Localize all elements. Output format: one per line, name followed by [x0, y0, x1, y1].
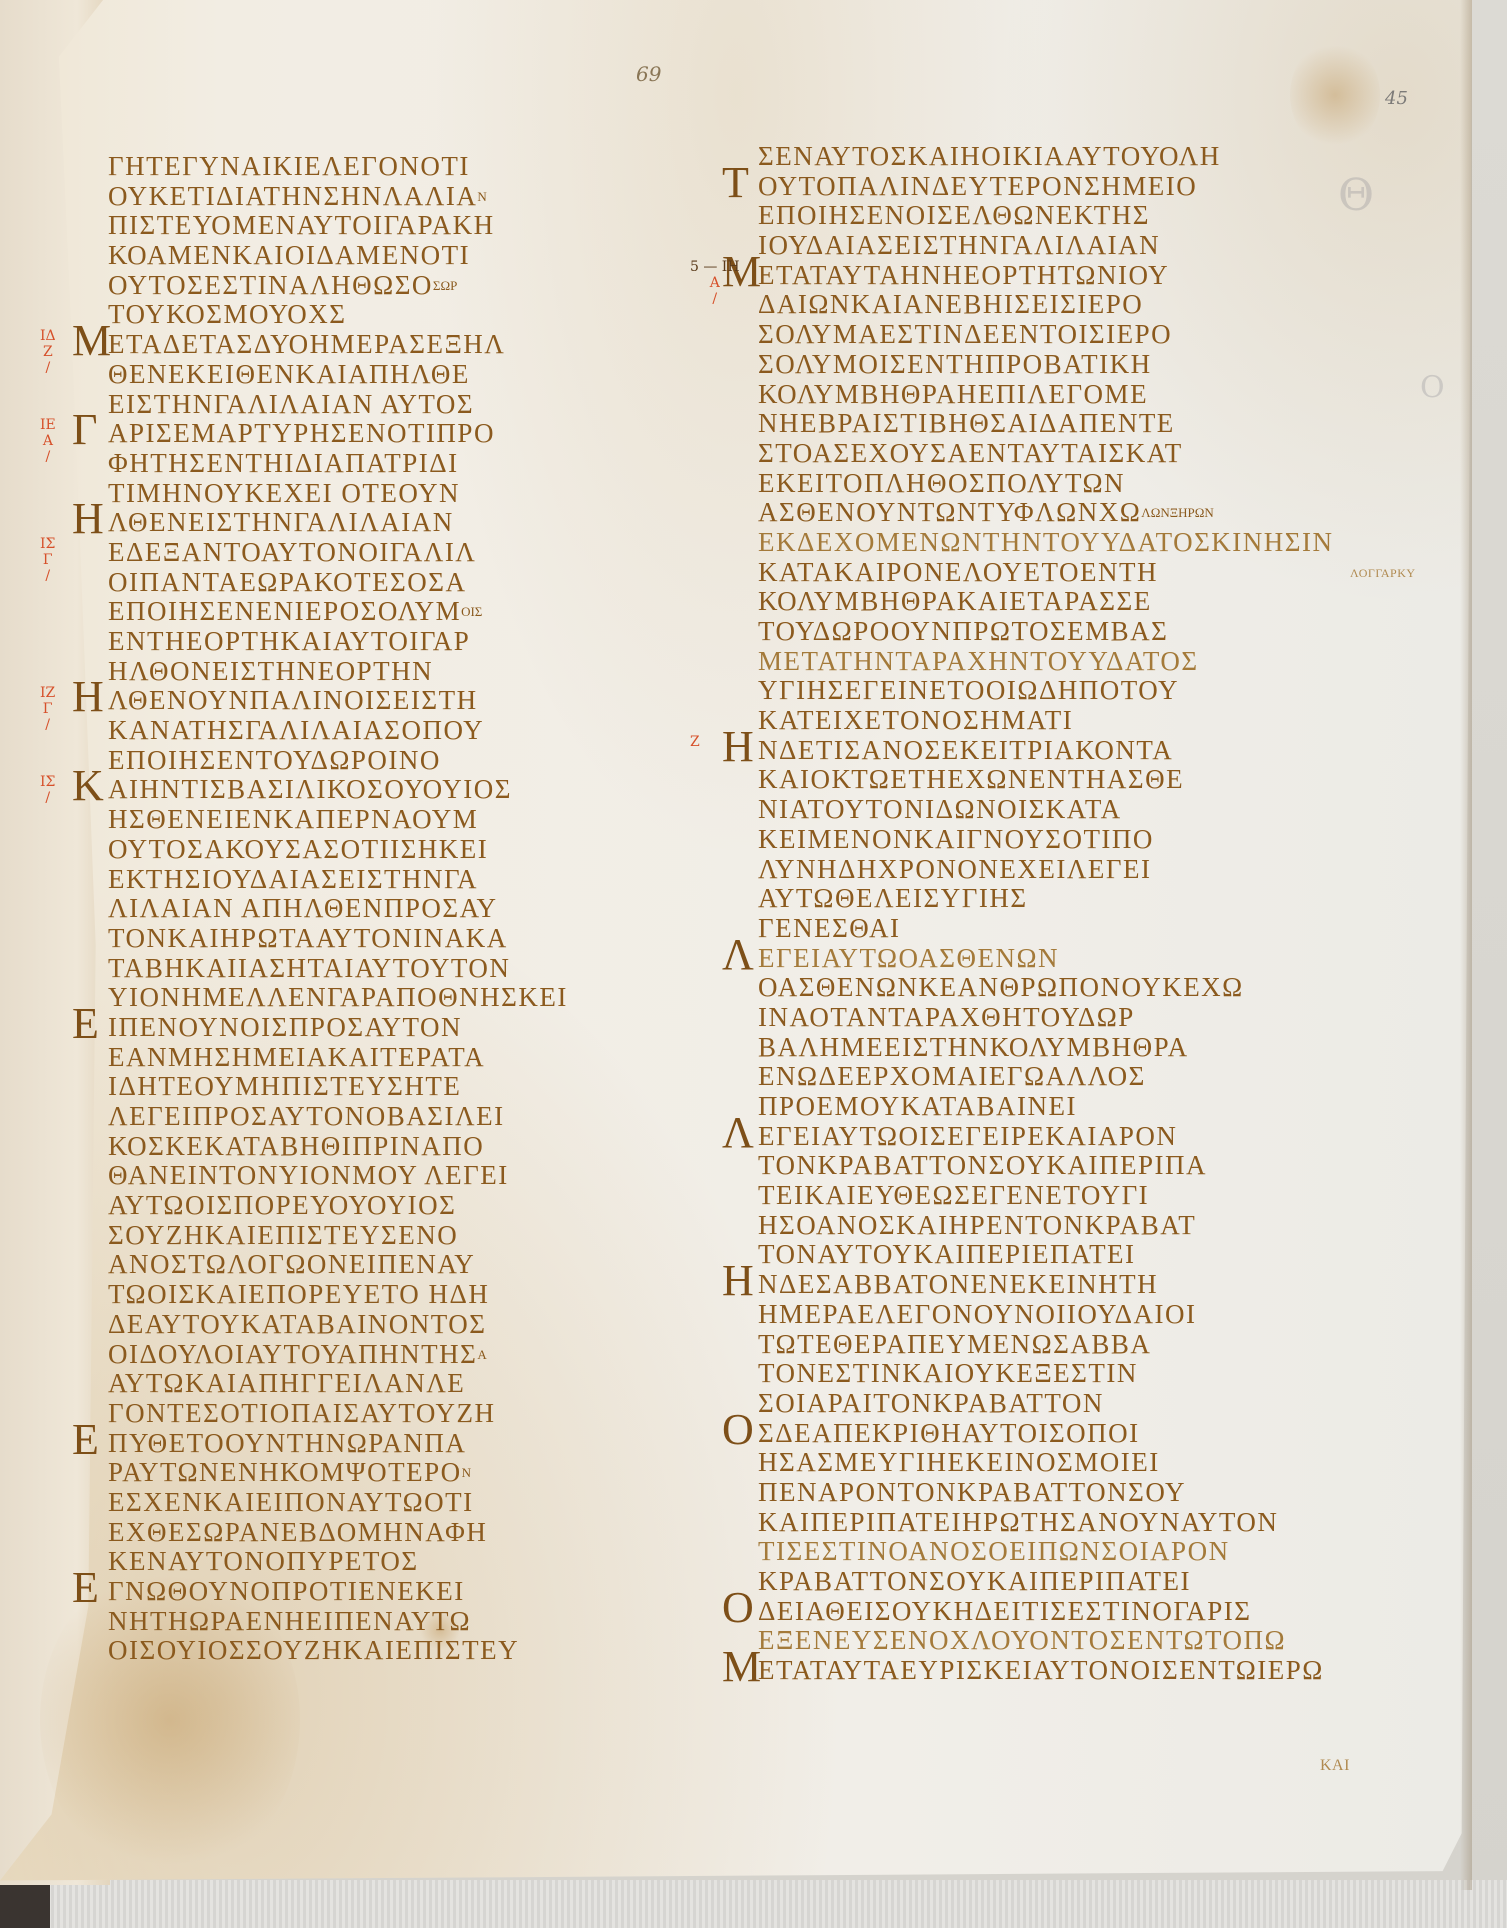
section-number-part: ΙΣ [40, 536, 55, 552]
section-number-part: ΙΔ [40, 328, 56, 344]
line-text: ΣΟΥΖΗΚΑΙΕΠΙΣΤΕΥΣΕΝΟ [108, 1220, 458, 1250]
text-line: ΟΙΣΟΥΙΟΣΣΟΥΖΗΚΑΙΕΠΙΣΤΕΥ [108, 1636, 648, 1666]
text-line: ΛΕΓΕΙΑΥΤΩΟΑΣΘΕΝΩΝ [758, 944, 1378, 974]
section-number: 5 — ΙΗΑ/ [690, 259, 740, 307]
text-line: ΒΑΛΗΜΕΕΙΣΤΗΝΚΟΛΥΜΒΗΘΡΑ [758, 1033, 1378, 1063]
line-text: ΘΕΝΕΚΕΙΘΕΝΚΑΙΑΠΗΛΘΕ [108, 359, 470, 389]
line-text: ΑΣΘΕΝΟΥΝΤΩΝΤΥΦΛΩΝΧΩ [758, 497, 1141, 527]
line-text: ΙΟΥΔΑΙΑΣΕΙΣΤΗΝΓΑΛΙΛΑΙΑΝ [758, 230, 1160, 260]
text-line: ΤΟΥΤΟΠΑΛΙΝΔΕΥΤΕΡΟΝΣΗΜΕΙΟ [758, 172, 1378, 202]
line-text: ΓΗΤΕΓΥΝΑΙΚΙΕΛΕΓΟΝΟΤΙ [108, 151, 470, 181]
text-line: ΕΠΥΘΕΤΟΟΥΝΤΗΝΩΡΑΝΠΑ [108, 1429, 648, 1459]
text-line: ΟΣΔΕΑΠΕΚΡΙΘΗΑΥΤΟΙΣΟΠΟΙ [758, 1419, 1378, 1449]
text-line: ΤΟΝΕΣΤΙΝΚΑΙΟΥΚΕΞΕΣΤΙΝ [758, 1359, 1378, 1389]
line-text: ΛΕΓΕΙΠΡΟΣΑΥΤΟΝΟΒΑΣΙΛΕΙ [108, 1101, 505, 1131]
text-line: ΜΕΤΑΔΕΤΑΣΔΥΟΗΜΕΡΑΣΕΞΗΛ [108, 330, 648, 360]
text-line: ΛΕΓΕΙΑΥΤΩΟΙΣΕΓΕΙΡΕΚΑΙΑΡΟΝ [758, 1122, 1378, 1152]
line-text: ΔΕΙΑΘΕΙΣΟΥΚΗΔΕΙΤΙΣΕΣΤΙΝΟΓΑΡΙΣ [758, 1596, 1251, 1626]
section-number: ΙΖΓ/ [40, 685, 55, 733]
section-number-part: Ζ [40, 344, 56, 360]
section-number-part: ΙΕ [40, 417, 56, 433]
line-text: ΤΟΥΚΟΣΜΟΥΟΧΣ [108, 299, 346, 329]
text-line: ΟΥΚΕΤΙΔΙΑΤΗΝΣΗΝΛΑΛΙΑν [108, 182, 648, 212]
line-text: ΚΟΑΜΕΝΚΑΙΟΙΔΑΜΕΝΟΤΙ [108, 240, 470, 270]
enlarged-initial: Ε [72, 1009, 100, 1039]
superscript-abbreviation: α [477, 1347, 486, 1362]
text-line: ΜΕΤΑΤΑΥΤΑΗΝΗΕΟΡΤΗΤΩΝΙΟΥ [758, 261, 1378, 291]
line-text: ΟΥΤΟΣΕΣΤΙΝΑΛΗΘΩΣΟ [108, 270, 433, 300]
line-text: ΤΑΒΗΚΑΙΙΑΣΗΤΑΙΑΥΤΟΥΤΟΝ [108, 953, 510, 983]
text-line: ΗΜΕΡΑΕΛΕΓΟΝΟΥΝΟΙΙΟΥΔΑΙΟΙ [758, 1300, 1378, 1330]
line-text: ΝΙΑΤΟΥΤΟΝΙΔΩΝΟΙΣΚΑΤΑ [758, 794, 1122, 824]
line-text: ΚΟΣΚΕΚΑΤΑΒΗΘΙΠΡΙΝΑΠΟ [108, 1131, 484, 1161]
line-text: ΕΤΑΤΑΥΤΑΗΝΗΕΟΡΤΗΤΩΝΙΟΥ [758, 260, 1169, 290]
line-text: ΗΜΕΡΑΕΛΕΓΟΝΟΥΝΟΙΙΟΥΔΑΙΟΙ [758, 1299, 1196, 1329]
line-text: ΑΡΙΣΕΜΑΡΤΥΡΗΣΕΝΟΤΙΠΡΟ [108, 418, 495, 448]
line-text: ΓΟΝΤΕΣΟΤΙΟΠΑΙΣΑΥΤΟΥΖΗ [108, 1398, 496, 1428]
folio-number-top: 69 [636, 62, 661, 86]
line-text: ΣΔΕΑΠΕΚΡΙΘΗΑΥΤΟΙΣΟΠΟΙ [758, 1418, 1140, 1448]
text-line: ΗΛΘΕΝΟΥΝΠΑΛΙΝΟΙΣΕΙΣΤΗ [108, 686, 648, 716]
text-line: ΚΕΙΜΕΝΟΝΚΑΙΓΝΟΥΣΟΤΙΠΟ [758, 825, 1378, 855]
text-line: ΓΕΝΕΣΘΑΙ [758, 914, 1378, 944]
text-line: ΛΥΝΗΔΗΧΡΟΝΟΝΕΧΕΙΛΕΓΕΙ [758, 855, 1378, 885]
line-text: ΣΟΙΑΡΑΙΤΟΝΚΡΑΒΑΤΤΟΝ [758, 1388, 1104, 1418]
enlarged-initial: Ε [72, 1425, 100, 1455]
section-number-part: Γ [40, 552, 55, 568]
text-line: ΝΗΕΒΡΑΙΣΤΙΒΗΘΣΑΙΔΑΠΕΝΤΕ [758, 409, 1378, 439]
line-text: ΟΥΤΟΠΑΛΙΝΔΕΥΤΕΡΟΝΣΗΜΕΙΟ [758, 171, 1197, 201]
line-text: ΑΝΟΣΤΩΛΟΓΩΟΝΕΙΠΕΝΑΥ [108, 1249, 475, 1279]
text-line: ΕΝΩΔΕΕΡΧΟΜΑΙΕΓΩΑΛΛΟΣ [758, 1062, 1378, 1092]
section-number: ΙΕΑ/ [40, 417, 56, 465]
line-text: ΝΗΤΗΩΡΑΕΝΗΕΙΠΕΝΑΥΤΩ [108, 1606, 471, 1636]
text-line: ΟΥΤΟΣΑΚΟΥΣΑΣΟΤΙΙΣΗΚΕΙ [108, 835, 648, 865]
line-text: ΤΟΥΔΩΡΟΟΥΝΠΡΩΤΟΣΕΜΒΑΣ [758, 616, 1168, 646]
section-number-part: / [690, 291, 740, 307]
text-line: ΚΟΛΥΜΒΗΘΡΑΗΕΠΙΛΕΓΟΜΕ [758, 380, 1378, 410]
stain [1290, 40, 1380, 150]
enlarged-initial: Τ [722, 168, 750, 198]
section-number-part: ΙΣ [40, 774, 55, 790]
text-line: ΔΑΙΩΝΚΑΙΑΝΕΒΗΙΣΕΙΣΙΕΡΟ [758, 290, 1378, 320]
text-line: ΣΟΥΖΗΚΑΙΕΠΙΣΤΕΥΣΕΝΟ [108, 1221, 648, 1251]
enlarged-initial: Μ [72, 326, 113, 356]
text-line: ΣΟΛΥΜΑΕΣΤΙΝΔΕΕΝΤΟΙΣΙΕΡΟ [758, 320, 1378, 350]
text-line: ΕΠΟΙΗΣΕΝΟΙΣΕΛΘΩΝΕΚΤΗΣ [758, 201, 1378, 231]
text-line: ΘΑΝΕΙΝΤΟΝΥΙΟΝΜΟΥ ΛΕΓΕΙ [108, 1161, 648, 1191]
line-text: ΕΣΧΕΝΚΑΙΕΙΠΟΝΑΥΤΩΟΤΙ [108, 1487, 474, 1517]
line-text: ΕΓΕΙΑΥΤΩΟΑΣΘΕΝΩΝ [758, 943, 1059, 973]
text-line: ΤΙΣΕΣΤΙΝΟΑΝΟΣΟΕΙΠΩΝΣΟΙΑΡΟΝ [758, 1537, 1378, 1567]
section-number: Ζ [690, 734, 700, 750]
dark-corner [0, 1885, 50, 1928]
line-text: ΕΠΟΙΗΣΕΝΤΟΥΔΩΡΟΙΝΟ [108, 745, 441, 775]
section-number-part: Α [40, 433, 56, 449]
text-line: ΚΑΙΠΕΡΙΠΑΤΕΙΗΡΩΤΗΣΑΝΟΥΝΑΥΤΟΝ [758, 1508, 1378, 1538]
text-line: ΗΛΘΕΝΕΙΣΤΗΝΓΑΛΙΛΑΙΑΝ [108, 508, 648, 538]
line-text: ΤΩΤΕΘΕΡΑΠΕΥΜΕΝΩΣΑΒΒΑ [758, 1329, 1151, 1359]
text-line: ΙΔΗΤΕΟΥΜΗΠΙΣΤΕΥΣΗΤΕ [108, 1072, 648, 1102]
line-text: ΜΕΤΑΤΗΝΤΑΡΑΧΗΝΤΟΥΥΔΑΤΟΣ [758, 646, 1199, 676]
line-text: ΕΚΕΙΤΟΠΛΗΘΟΣΠΟΛΥΤΩΝ [758, 468, 1125, 498]
line-text: ΑΥΤΩΚΑΙΑΠΗΓΓΕΙΛΑΝΛΕ [108, 1368, 465, 1398]
line-text: ΕΚΔΕΧΟΜΕΝΩΝΤΗΝΤΟΥΥΔΑΤΟΣΚΙΝΗΣΙΝ [758, 527, 1333, 557]
text-line: ΟΑΣΘΕΝΩΝΚΕΑΝΘΡΩΠΟΝΟΥΚΕΧΩ [758, 973, 1378, 1003]
line-text: ΠΙΣΤΕΥΟΜΕΝΑΥΤΟΙΓΑΡΑΚΗ [108, 210, 495, 240]
line-text: ΗΣΘΕΝΕΙΕΝΚΑΠΕΡΝΑΟΥΜ [108, 804, 478, 834]
enlarged-initial: Η [722, 732, 755, 762]
enlarged-initial: Κ [72, 771, 105, 801]
line-text: ΕΔΕΞΑΝΤΟΑΥΤΟΝΟΙΓΑΛΙΛ [108, 537, 476, 567]
section-number-part: / [40, 568, 55, 584]
enlarged-initial: Λ [722, 940, 755, 970]
text-line: ΑΣΘΕΝΟΥΝΤΩΝΤΥΦΛΩΝΧΩλωνξηρων [758, 498, 1378, 528]
line-text: ΓΝΩΘΟΥΝΟΠΡΟΤΙΕΝΕΚΕΙ [108, 1576, 465, 1606]
line-text: ΛΘΕΝΕΙΣΤΗΝΓΑΛΙΛΑΙΑΝ [108, 507, 454, 537]
enlarged-initial: Η [722, 1266, 755, 1296]
line-text: ΗΣΟΑΝΟΣΚΑΙΗΡΕΝΤΟΝΚΡΑΒΑΤ [758, 1210, 1196, 1240]
text-line: ΔΕΑΥΤΟΥΚΑΤΑΒΑΙΝΟΝΤΟΣ [108, 1310, 648, 1340]
text-line: ΕΧΘΕΣΩΡΑΝΕΒΔΟΜΗΝΑΦΗ [108, 1518, 648, 1548]
text-line: ΟΙΠΑΝΤΑΕΩΡΑΚΟΤΕΣΟΣΑ [108, 568, 648, 598]
line-text: ΕΝΤΗΕΟΡΤΗΚΑΙΑΥΤΟΙΓΑΡ [108, 626, 470, 656]
text-line: ΦΗΤΗΣΕΝΤΗΙΔΙΑΠΑΤΡΙΔΙ [108, 449, 648, 479]
line-text: ΤΟΝΕΣΤΙΝΚΑΙΟΥΚΕΞΕΣΤΙΝ [758, 1358, 1138, 1388]
text-line: ΚΑΤΕΙΧΕΤΟΝΟΣΗΜΑΤΙ [758, 706, 1378, 736]
line-text: ΕΑΝΜΗΣΗΜΕΙΑΚΑΙΤΕΡΑΤΑ [108, 1042, 485, 1072]
text-line: ΤΟΝΚΑΙΗΡΩΤΑΑΥΤΟΝΙΝΑΚΑ [108, 924, 648, 954]
text-line: ΥΓΙΗΣΕΓΕΙΝΕΤΟΟΙΩΔΗΠΟΤΟΥ [758, 676, 1378, 706]
enlarged-initial: Ο [722, 1415, 755, 1445]
text-line: ΓΑΡΙΣΕΜΑΡΤΥΡΗΣΕΝΟΤΙΠΡΟ [108, 419, 648, 449]
line-text: ΚΑΙΠΕΡΙΠΑΤΕΙΗΡΩΤΗΣΑΝΟΥΝΑΥΤΟΝ [758, 1507, 1278, 1537]
margin-note: ΛΟΓΓΑΡΚΥ [1350, 566, 1416, 581]
line-text: ΚΟΛΥΜΒΗΘΡΑΗΕΠΙΛΕΓΟΜΕ [758, 379, 1148, 409]
text-line: ΘΕΝΕΚΕΙΘΕΝΚΑΙΑΠΗΛΘΕ [108, 360, 648, 390]
enlarged-initial: Ε [72, 1573, 100, 1603]
text-line: ΤΕΙΚΑΙΕΥΘΕΩΣΕΓΕΝΕΤΟΥΓΙ [758, 1181, 1378, 1211]
right-text-column: ΣΕΝΑΥΤΟΣΚΑΙΗΟΙΚΙΑΑΥΤΟΥΟΛΗΤΟΥΤΟΠΑΛΙΝΔΕΥΤΕ… [758, 142, 1378, 1686]
text-line: ΗΛΘΟΝΕΙΣΤΗΝΕΟΡΤΗΝ [108, 657, 648, 687]
enlarged-initial: Λ [722, 1118, 755, 1148]
text-line: ΚΟΛΥΜΒΗΘΡΑΚΑΙΕΤΑΡΑΣΣΕ [758, 587, 1378, 617]
section-number: ΙΣ/ [40, 774, 55, 806]
line-text: ΤΟΝΚΡΑΒΑΤΤΟΝΣΟΥΚΑΙΠΕΡΙΠΑ [758, 1150, 1207, 1180]
text-line: ΕΓΝΩΘΟΥΝΟΠΡΟΤΙΕΝΕΚΕΙ [108, 1577, 648, 1607]
text-line: ΕΠΟΙΗΣΕΝΕΝΙΕΡΟΣΟΛΥΜοις [108, 597, 648, 627]
text-line: ΚΑΙΗΝΤΙΣΒΑΣΙΛΙΚΟΣΟΥΟΥΙΟΣ [108, 775, 648, 805]
section-number-part: 5 — ΙΗ [690, 259, 740, 275]
section-number-part: Γ [40, 701, 55, 717]
line-text: ΟΙΠΑΝΤΑΕΩΡΑΚΟΤΕΣΟΣΑ [108, 567, 467, 597]
text-line: ΗΣΘΕΝΕΙΕΝΚΑΠΕΡΝΑΟΥΜ [108, 805, 648, 835]
text-line: ΕΙΠΕΝΟΥΝΟΙΣΠΡΟΣΑΥΤΟΝ [108, 1013, 648, 1043]
line-text: ΚΡΑΒΑΤΤΟΝΣΟΥΚΑΙΠΕΡΙΠΑΤΕΙ [758, 1566, 1191, 1596]
superscript-abbreviation: λωνξηρων [1141, 505, 1214, 520]
text-line: ΕΔΕΞΑΝΤΟΑΥΤΟΝΟΙΓΑΛΙΛ [108, 538, 648, 568]
line-text: ΗΛΘΟΝΕΙΣΤΗΝΕΟΡΤΗΝ [108, 656, 433, 686]
line-text: ΕΝΩΔΕΕΡΧΟΜΑΙΕΓΩΑΛΛΟΣ [758, 1061, 1146, 1091]
line-text: ΚΕΝΑΥΤΟΝΟΠΥΡΕΤΟΣ [108, 1546, 419, 1576]
text-line: ΕΚΕΙΤΟΠΛΗΘΟΣΠΟΛΥΤΩΝ [758, 469, 1378, 499]
text-line: ΚΑΙΟΚΤΩΕΤΗΕΧΩΝΕΝΤΗΑΣΘΕ [758, 765, 1378, 795]
text-line: ΓΗΤΕΓΥΝΑΙΚΙΕΛΕΓΟΝΟΤΙ [108, 152, 648, 182]
line-text: ΠΕΝΑΡΟΝΤΟΝΚΡΑΒΑΤΤΟΝΣΟΥ [758, 1477, 1186, 1507]
line-text: ΑΙΗΝΤΙΣΒΑΣΙΛΙΚΟΣΟΥΟΥΙΟΣ [108, 774, 512, 804]
text-line: ΠΙΣΤΕΥΟΜΕΝΑΥΤΟΙΓΑΡΑΚΗ [108, 211, 648, 241]
text-line: ΤΟΥΚΟΣΜΟΥΟΧΣ [108, 300, 648, 330]
line-text: ΒΑΛΗΜΕΕΙΣΤΗΝΚΟΛΥΜΒΗΘΡΑ [758, 1032, 1189, 1062]
line-text: ΚΑΙΟΚΤΩΕΤΗΕΧΩΝΕΝΤΗΑΣΘΕ [758, 764, 1184, 794]
line-text: ΘΑΝΕΙΝΤΟΝΥΙΟΝΜΟΥ ΛΕΓΕΙ [108, 1160, 509, 1190]
line-text: ΤΟΝΑΥΤΟΥΚΑΙΠΕΡΙΕΠΑΤΕΙ [758, 1239, 1136, 1269]
section-number-part: / [40, 449, 56, 465]
line-text: ΕΚΤΗΣΙΟΥΔΑΙΑΣΕΙΣΤΗΝΓΑ [108, 864, 478, 894]
text-line: ΕΞΕΝΕΥΣΕΝΟΧΛΟΥΟΝΤΟΣΕΝΤΩΤΟΠΩ [758, 1626, 1378, 1656]
text-line: ΤΩΤΕΘΕΡΑΠΕΥΜΕΝΩΣΑΒΒΑ [758, 1330, 1378, 1360]
line-text: ΕΞΕΝΕΥΣΕΝΟΧΛΟΥΟΝΤΟΣΕΝΤΩΤΟΠΩ [758, 1625, 1286, 1655]
text-line: ΣΕΝΑΥΤΟΣΚΑΙΗΟΙΚΙΑΑΥΤΟΥΟΛΗ [758, 142, 1378, 172]
line-text: ΛΘΕΝΟΥΝΠΑΛΙΝΟΙΣΕΙΣΤΗ [108, 685, 478, 715]
line-text: ΥΙΟΝΗΜΕΛΛΕΝΓΑΡΑΠΟΘΝΗΣΚΕΙ [108, 982, 568, 1012]
text-line: ΚΑΝΑΤΗΣΓΑΛΙΛΑΙΑΣΟΠΟΥ [108, 716, 648, 746]
text-line: ΤΩΟΙΣΚΑΙΕΠΟΡΕΥΕΤΟ ΗΔΗ [108, 1280, 648, 1310]
line-text: ΕΠΟΙΗΣΕΝΕΝΙΕΡΟΣΟΛΥΜ [108, 596, 461, 626]
line-text: ΙΝΑΟΤΑΝΤΑΡΑΧΘΗΤΟΥΔΩΡ [758, 1002, 1135, 1032]
text-line: ΟΙΔΟΥΛΟΙΑΥΤΟΥΑΠΗΝΤΗΣα [108, 1340, 648, 1370]
line-text: ΕΤΑΤΑΥΤΑΕΥΡΙΣΚΕΙΑΥΤΟΝΟΙΣΕΝΤΩΙΕΡΩ [758, 1655, 1324, 1685]
text-line: ΤΙΜΗΝΟΥΚΕΧΕΙ ΟΤΕΟΥΝ [108, 479, 648, 509]
text-line: ΚΟΣΚΕΚΑΤΑΒΗΘΙΠΡΙΝΑΠΟ [108, 1132, 648, 1162]
text-line: ΚΟΑΜΕΝΚΑΙΟΙΔΑΜΕΝΟΤΙ [108, 241, 648, 271]
text-line: ΜΕΤΑΤΗΝΤΑΡΑΧΗΝΤΟΥΥΔΑΤΟΣ [758, 647, 1378, 677]
line-text: ΣΤΟΑΣΕΧΟΥΣΑΕΝΤΑΥΤΑΙΣΚΑΤ [758, 438, 1183, 468]
text-line: ΡΑΥΤΩΝΕΝΗΚΟΜΨΟΤΕΡΟν [108, 1458, 648, 1488]
enlarged-initial: Μ [722, 1652, 763, 1682]
line-text: ΣΟΛΥΜΟΙΣΕΝΤΗΠΡΟΒΑΤΙΚΗ [758, 349, 1152, 379]
text-line: ΕΙΣΤΗΝΓΑΛΙΛΑΙΑΝ ΑΥΤΟΣ [108, 390, 648, 420]
line-text: ΣΟΛΥΜΑΕΣΤΙΝΔΕΕΝΤΟΙΣΙΕΡΟ [758, 319, 1172, 349]
superscript-abbreviation: σωρ [433, 278, 457, 293]
line-text: ΟΥΚΕΤΙΔΙΑΤΗΝΣΗΝΛΑΛΙΑ [108, 181, 477, 211]
line-text: ΕΙΣΤΗΝΓΑΛΙΛΑΙΑΝ ΑΥΤΟΣ [108, 389, 474, 419]
text-line: ΚΡΑΒΑΤΤΟΝΣΟΥΚΑΙΠΕΡΙΠΑΤΕΙ [758, 1567, 1378, 1597]
text-line: ΝΙΑΤΟΥΤΟΝΙΔΩΝΟΙΣΚΑΤΑ [758, 795, 1378, 825]
text-line: ΙΝΑΟΤΑΝΤΑΡΑΧΘΗΤΟΥΔΩΡ [758, 1003, 1378, 1033]
line-text: ΙΔΗΤΕΟΥΜΗΠΙΣΤΕΥΣΗΤΕ [108, 1071, 461, 1101]
line-text: ΚΕΙΜΕΝΟΝΚΑΙΓΝΟΥΣΟΤΙΠΟ [758, 824, 1154, 854]
superscript-abbreviation: οις [461, 604, 482, 619]
text-line: ΛΕΓΕΙΠΡΟΣΑΥΤΟΝΟΒΑΣΙΛΕΙ [108, 1102, 648, 1132]
text-line: ΛΙΛΑΙΑΝ ΑΠΗΛΘΕΝΠΡΟΣΑΥ [108, 894, 648, 924]
line-text: ΤΟΝΚΑΙΗΡΩΤΑΑΥΤΟΝΙΝΑΚΑ [108, 923, 508, 953]
superscript-abbreviation: ν [462, 1465, 471, 1480]
text-line: ΗΣΟΑΝΟΣΚΑΙΗΡΕΝΤΟΝΚΡΑΒΑΤ [758, 1211, 1378, 1241]
text-line: ΟΥΤΟΣΕΣΤΙΝΑΛΗΘΩΣΟσωρ [108, 271, 648, 301]
enlarged-initial: Γ [72, 415, 99, 445]
text-line: ΗΣΑΣΜΕΥΓΙΗΕΚΕΙΝΟΣΜΟΙΕΙ [758, 1448, 1378, 1478]
section-number-part: / [40, 360, 56, 376]
section-number-part: Α [690, 275, 740, 291]
line-text: ΡΑΥΤΩΝΕΝΗΚΟΜΨΟΤΕΡΟ [108, 1457, 462, 1487]
line-text: ΦΗΤΗΣΕΝΤΗΙΔΙΑΠΑΤΡΙΔΙ [108, 448, 459, 478]
text-line: ΕΠΟΙΗΣΕΝΤΟΥΔΩΡΟΙΝΟ [108, 746, 648, 776]
line-text: ΛΙΛΑΙΑΝ ΑΠΗΛΘΕΝΠΡΟΣΑΥ [108, 893, 497, 923]
section-number: ΙΣΓ/ [40, 536, 55, 584]
line-text: ΚΑΤΑΚΑΙΡΟΝΕΛΟΥΕΤΟΕΝΤΗ [758, 557, 1158, 587]
line-text: ΝΔΕΣΑΒΒΑΤΟΝΕΝΕΚΕΙΝΗΤΗ [758, 1269, 1158, 1299]
text-line: ΑΝΟΣΤΩΛΟΓΩΟΝΕΙΠΕΝΑΥ [108, 1250, 648, 1280]
text-line: ΙΟΥΔΑΙΑΣΕΙΣΤΗΝΓΑΛΙΛΑΙΑΝ [758, 231, 1378, 261]
text-line: ΕΝΤΗΕΟΡΤΗΚΑΙΑΥΤΟΙΓΑΡ [108, 627, 648, 657]
text-line: ΚΕΝΑΥΤΟΝΟΠΥΡΕΤΟΣ [108, 1547, 648, 1577]
text-line: ΗΝΔΕΣΑΒΒΑΤΟΝΕΝΕΚΕΙΝΗΤΗ [758, 1270, 1378, 1300]
line-text: ΟΑΣΘΕΝΩΝΚΕΑΝΘΡΩΠΟΝΟΥΚΕΧΩ [758, 972, 1244, 1002]
text-line: ΑΥΤΩΘΕΛΕΙΣΥΓΙΗΣ [758, 884, 1378, 914]
text-line: ΣΟΛΥΜΟΙΣΕΝΤΗΠΡΟΒΑΤΙΚΗ [758, 350, 1378, 380]
text-line: ΤΟΥΔΩΡΟΟΥΝΠΡΩΤΟΣΕΜΒΑΣ [758, 617, 1378, 647]
text-line: ΝΗΤΗΩΡΑΕΝΗΕΙΠΕΝΑΥΤΩ [108, 1607, 648, 1637]
line-text: ΑΥΤΩΘΕΛΕΙΣΥΓΙΗΣ [758, 883, 1028, 913]
line-text: ΕΧΘΕΣΩΡΑΝΕΒΔΟΜΗΝΑΦΗ [108, 1517, 487, 1547]
text-line: ΣΤΟΑΣΕΧΟΥΣΑΕΝΤΑΥΤΑΙΣΚΑΤ [758, 439, 1378, 469]
enlarged-initial: Η [72, 682, 105, 712]
line-text: ΣΕΝΑΥΤΟΣΚΑΙΗΟΙΚΙΑΑΥΤΟΥΟΛΗ [758, 141, 1221, 171]
line-text: ΗΣΑΣΜΕΥΓΙΗΕΚΕΙΝΟΣΜΟΙΕΙ [758, 1447, 1160, 1477]
line-text: ΛΥΝΗΔΗΧΡΟΝΟΝΕΧΕΙΛΕΓΕΙ [758, 854, 1151, 884]
line-text: ΕΤΑΔΕΤΑΣΔΥΟΗΜΕΡΑΣΕΞΗΛ [108, 329, 505, 359]
line-text: ΤΙΣΕΣΤΙΝΟΑΝΟΣΟΕΙΠΩΝΣΟΙΑΡΟΝ [758, 1536, 1230, 1566]
section-number-part: Ζ [690, 734, 700, 750]
section-number-part: / [40, 717, 55, 733]
text-line: ΓΟΝΤΕΣΟΤΙΟΠΑΙΣΑΥΤΟΥΖΗ [108, 1399, 648, 1429]
text-line: ΤΟΝΚΡΑΒΑΤΤΟΝΣΟΥΚΑΙΠΕΡΙΠΑ [758, 1151, 1378, 1181]
line-text: ΥΓΙΗΣΕΓΕΙΝΕΤΟΟΙΩΔΗΠΟΤΟΥ [758, 675, 1179, 705]
line-text: ΤΙΜΗΝΟΥΚΕΧΕΙ ΟΤΕΟΥΝ [108, 478, 460, 508]
line-text: ΤΕΙΚΑΙΕΥΘΕΩΣΕΓΕΝΕΤΟΥΓΙ [758, 1180, 1149, 1210]
line-text: ΔΑΙΩΝΚΑΙΑΝΕΒΗΙΣΕΙΣΙΕΡΟ [758, 289, 1143, 319]
text-line: ΣΟΙΑΡΑΙΤΟΝΚΡΑΒΑΤΤΟΝ [758, 1389, 1378, 1419]
text-line: ΟΔΕΙΑΘΕΙΣΟΥΚΗΔΕΙΤΙΣΕΣΤΙΝΟΓΑΡΙΣ [758, 1597, 1378, 1627]
text-line: ΠΕΝΑΡΟΝΤΟΝΚΡΑΒΑΤΤΟΝΣΟΥ [758, 1478, 1378, 1508]
enlarged-initial: Η [72, 504, 105, 534]
text-line: ΑΥΤΩΚΑΙΑΠΗΓΓΕΙΛΑΝΛΕ [108, 1369, 648, 1399]
text-line: ΕΚΤΗΣΙΟΥΔΑΙΑΣΕΙΣΤΗΝΓΑ [108, 865, 648, 895]
text-line: ΜΕΤΑΤΑΥΤΑΕΥΡΙΣΚΕΙΑΥΤΟΝΟΙΣΕΝΤΩΙΕΡΩ [758, 1656, 1378, 1686]
text-line: ΚΑΤΑΚΑΙΡΟΝΕΛΟΥΕΤΟΕΝΤΗ [758, 558, 1378, 588]
line-text: ΙΠΕΝΟΥΝΟΙΣΠΡΟΣΑΥΤΟΝ [108, 1012, 462, 1042]
line-text: ΝΔΕΤΙΣΑΝΟΣΕΚΕΙΤΡΙΑΚΟΝΤΑ [758, 735, 1173, 765]
line-text: ΤΩΟΙΣΚΑΙΕΠΟΡΕΥΕΤΟ ΗΔΗ [108, 1279, 489, 1309]
line-text: ΝΗΕΒΡΑΙΣΤΙΒΗΘΣΑΙΔΑΠΕΝΤΕ [758, 408, 1175, 438]
leaf-edge-shadow [1460, 0, 1472, 1890]
trailing-note: ΚΑΙ [1320, 1757, 1350, 1775]
superscript-abbreviation: ν [477, 189, 486, 204]
line-text: ΚΑΝΑΤΗΣΓΑΛΙΛΑΙΑΣΟΠΟΥ [108, 715, 484, 745]
section-number-part: / [40, 790, 55, 806]
show-through-letter: Ο [1420, 370, 1445, 405]
section-number-part: ΙΖ [40, 685, 55, 701]
folio-number-corner: 45 [1385, 88, 1408, 109]
text-line: ΑΥΤΩΟΙΣΠΟΡΕΥΟΥΟΥΙΟΣ [108, 1191, 648, 1221]
line-text: ΑΥΤΩΟΙΣΠΟΡΕΥΟΥΟΥΙΟΣ [108, 1190, 456, 1220]
enlarged-initial: Ο [722, 1593, 755, 1623]
text-line: ΕΣΧΕΝΚΑΙΕΙΠΟΝΑΥΤΩΟΤΙ [108, 1488, 648, 1518]
line-text: ΟΙΔΟΥΛΟΙΑΥΤΟΥΑΠΗΝΤΗΣ [108, 1339, 477, 1369]
line-text: ΟΙΣΟΥΙΟΣΣΟΥΖΗΚΑΙΕΠΙΣΤΕΥ [108, 1635, 519, 1665]
line-text: ΕΠΟΙΗΣΕΝΟΙΣΕΛΘΩΝΕΚΤΗΣ [758, 200, 1150, 230]
text-line: ΕΑΝΜΗΣΗΜΕΙΑΚΑΙΤΕΡΑΤΑ [108, 1043, 648, 1073]
line-text: ΚΑΤΕΙΧΕΤΟΝΟΣΗΜΑΤΙ [758, 705, 1073, 735]
text-line: ΗΝΔΕΤΙΣΑΝΟΣΕΚΕΙΤΡΙΑΚΟΝΤΑ [758, 736, 1378, 766]
text-line: ΥΙΟΝΗΜΕΛΛΕΝΓΑΡΑΠΟΘΝΗΣΚΕΙ [108, 983, 648, 1013]
line-text: ΓΕΝΕΣΘΑΙ [758, 913, 901, 943]
text-line: ΕΚΔΕΧΟΜΕΝΩΝΤΗΝΤΟΥΥΔΑΤΟΣΚΙΝΗΣΙΝ [758, 528, 1378, 558]
line-text: ΟΥΤΟΣΑΚΟΥΣΑΣΟΤΙΙΣΗΚΕΙ [108, 834, 488, 864]
line-text: ΠΡΟΕΜΟΥΚΑΤΑΒΑΙΝΕΙ [758, 1091, 1077, 1121]
section-number: ΙΔΖ/ [40, 328, 56, 376]
line-text: ΠΥΘΕΤΟΟΥΝΤΗΝΩΡΑΝΠΑ [108, 1428, 466, 1458]
text-line: ΠΡΟΕΜΟΥΚΑΤΑΒΑΙΝΕΙ [758, 1092, 1378, 1122]
text-line: ΤΟΝΑΥΤΟΥΚΑΙΠΕΡΙΕΠΑΤΕΙ [758, 1240, 1378, 1270]
text-line: ΤΑΒΗΚΑΙΙΑΣΗΤΑΙΑΥΤΟΥΤΟΝ [108, 954, 648, 984]
support-cloth [0, 1880, 1507, 1928]
line-text: ΕΓΕΙΑΥΤΩΟΙΣΕΓΕΙΡΕΚΑΙΑΡΟΝ [758, 1121, 1177, 1151]
line-text: ΔΕΑΥΤΟΥΚΑΤΑΒΑΙΝΟΝΤΟΣ [108, 1309, 486, 1339]
left-text-column: ΓΗΤΕΓΥΝΑΙΚΙΕΛΕΓΟΝΟΤΙΟΥΚΕΤΙΔΙΑΤΗΝΣΗΝΛΑΛΙΑ… [108, 152, 648, 1666]
line-text: ΚΟΛΥΜΒΗΘΡΑΚΑΙΕΤΑΡΑΣΣΕ [758, 586, 1152, 616]
